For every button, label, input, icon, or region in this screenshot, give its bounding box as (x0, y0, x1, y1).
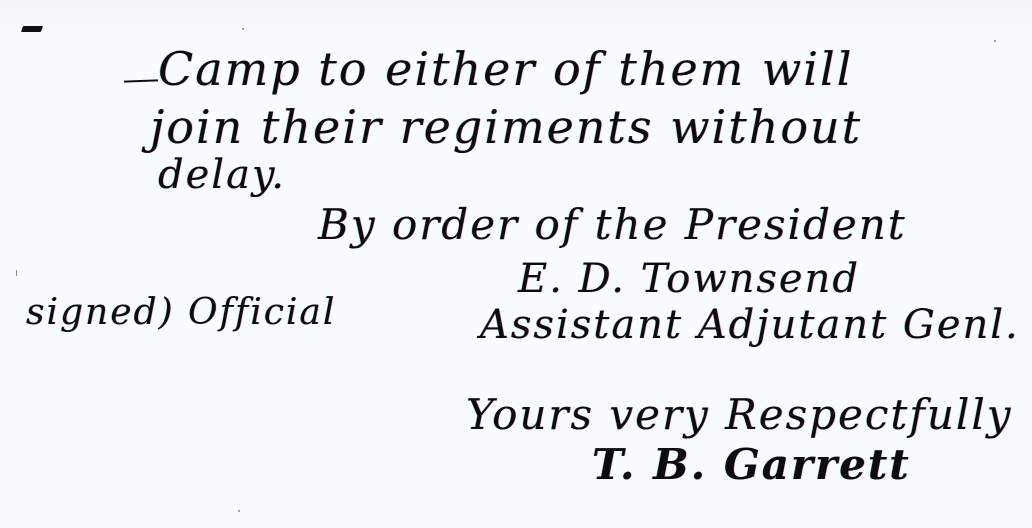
body-line-3: delay. (158, 152, 286, 198)
paper-speck (242, 28, 244, 30)
leading-dash (124, 79, 158, 82)
valediction: Yours very Respectfully (466, 390, 1013, 439)
closing-order: By order of the President (318, 200, 907, 249)
official-title: Assistant Adjutant Genl. (480, 302, 1020, 348)
body-line-1: Camp to either of them will (158, 42, 853, 96)
paper-speck (994, 40, 996, 42)
official-name: E. D. Townsend (518, 256, 860, 302)
paper-speck (16, 270, 17, 276)
ink-mark (21, 26, 43, 32)
document-page: Camp to either of them will join their r… (0, 0, 1032, 528)
body-line-2: join their regiments without (150, 100, 862, 154)
paper-speck (238, 510, 240, 512)
attestation: signed) Official (26, 292, 336, 333)
signature: T. B. Garrett (592, 440, 911, 489)
